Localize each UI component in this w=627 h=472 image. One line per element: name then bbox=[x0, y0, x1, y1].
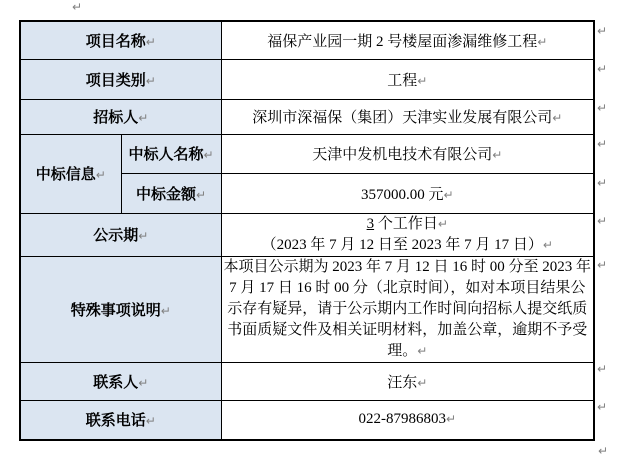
winner-name-label: 中标人名称 bbox=[128, 147, 203, 163]
project-type-value-cell: 工程↵ bbox=[221, 59, 594, 99]
publicity-period-label-cell: 公示期↵ bbox=[20, 213, 221, 256]
publicity-duration-number: 3 bbox=[367, 216, 375, 232]
pilcrow-mark: ↵ bbox=[138, 376, 148, 390]
table-row: 联系人↵ 汪东↵ bbox=[20, 362, 594, 400]
row-end-paragraph-mark: ↵ bbox=[597, 101, 607, 115]
award-amount-value: 357000.00 元 bbox=[361, 187, 444, 203]
pilcrow-mark: ↵ bbox=[417, 376, 427, 390]
pilcrow-mark: ↵ bbox=[161, 304, 171, 318]
winner-name-value-cell: 天津中发机电技术有限公司↵ bbox=[221, 134, 594, 173]
table-row: 招标人↵ 深圳市深福保（集团）天津实业发展有限公司↵ bbox=[20, 99, 594, 134]
paragraph-mark: ↵ bbox=[598, 444, 608, 458]
tenderer-value: 深圳市深福保（集团）天津实业发展有限公司 bbox=[252, 110, 552, 126]
special-notes-label: 特殊事项说明 bbox=[71, 303, 161, 319]
pilcrow-mark: ↵ bbox=[543, 238, 553, 252]
pilcrow-mark: ↵ bbox=[146, 74, 156, 88]
award-amount-value-cell: 357000.00 元↵ bbox=[221, 173, 594, 213]
award-amount-label: 中标金额 bbox=[136, 187, 196, 203]
special-notes-label-cell: 特殊事项说明↵ bbox=[20, 256, 221, 362]
pilcrow-mark: ↵ bbox=[196, 188, 206, 202]
project-name-label-cell: 项目名称↵ bbox=[20, 21, 221, 59]
paragraph-mark: ↵ bbox=[72, 0, 82, 14]
table-row: 中标信息↵ 中标人名称↵ 天津中发机电技术有限公司↵ bbox=[20, 134, 594, 173]
document-page[interactable]: ↵ 项目名称↵ 福保产业园一期 2 号楼屋面渗漏维修工程↵ 项目类别↵ 工程↵ … bbox=[0, 0, 627, 472]
project-type-label-cell: 项目类别↵ bbox=[20, 59, 221, 99]
publicity-period-label: 公示期 bbox=[93, 228, 138, 244]
publicity-duration-text: 个工作日 bbox=[374, 216, 438, 232]
row-end-paragraph-mark: ↵ bbox=[597, 362, 607, 376]
contact-phone-label-cell: 联系电话↵ bbox=[20, 400, 221, 440]
row-end-paragraph-mark: ↵ bbox=[597, 176, 607, 190]
pilcrow-mark: ↵ bbox=[138, 111, 148, 125]
tenderer-label-cell: 招标人↵ bbox=[20, 99, 221, 134]
winner-name-label-cell: 中标人名称↵ bbox=[121, 134, 221, 173]
row-end-paragraph-mark: ↵ bbox=[597, 62, 607, 76]
pilcrow-mark: ↵ bbox=[443, 188, 453, 202]
project-name-value-cell: 福保产业园一期 2 号楼屋面渗漏维修工程↵ bbox=[221, 21, 594, 59]
pilcrow-mark: ↵ bbox=[446, 412, 456, 426]
contact-person-label: 联系人 bbox=[93, 375, 138, 391]
pilcrow-mark: ↵ bbox=[552, 111, 562, 125]
contact-person-label-cell: 联系人↵ bbox=[20, 362, 221, 400]
pilcrow-mark: ↵ bbox=[537, 35, 547, 49]
publicity-date-range: （2023 年 7 月 12 日至 2023 年 7 月 17 日） bbox=[262, 237, 543, 253]
pilcrow-mark: ↵ bbox=[438, 217, 448, 231]
pilcrow-mark: ↵ bbox=[492, 148, 502, 162]
project-type-label: 项目类别 bbox=[86, 73, 146, 89]
row-end-paragraph-mark: ↵ bbox=[597, 214, 607, 228]
pilcrow-mark: ↵ bbox=[146, 414, 156, 428]
table-row: 联系电话↵ 022-87986803↵ bbox=[20, 400, 594, 440]
contact-phone-value: 022-87986803 bbox=[358, 411, 446, 427]
pilcrow-mark: ↵ bbox=[417, 74, 427, 88]
publicity-period-value-cell: 3 个工作日↵ （2023 年 7 月 12 日至 2023 年 7 月 17 … bbox=[221, 213, 594, 256]
award-info-label: 中标信息 bbox=[36, 167, 96, 183]
project-name-value: 福保产业园一期 2 号楼屋面渗漏维修工程 bbox=[267, 34, 537, 50]
special-notes-value-cell: 本项目公示期为 2023 年 7 月 12 日 16 时 00 分至 2023 … bbox=[221, 256, 594, 362]
project-name-label: 项目名称 bbox=[86, 34, 146, 50]
table-row: 项目类别↵ 工程↵ bbox=[20, 59, 594, 99]
pilcrow-mark: ↵ bbox=[138, 229, 148, 243]
project-type-value: 工程 bbox=[387, 73, 417, 89]
bid-award-announcement-table: 项目名称↵ 福保产业园一期 2 号楼屋面渗漏维修工程↵ 项目类别↵ 工程↵ 招标… bbox=[19, 20, 595, 441]
contact-person-value: 汪东 bbox=[387, 375, 417, 391]
row-end-paragraph-mark: ↵ bbox=[597, 24, 607, 38]
special-notes-value: 本项目公示期为 2023 年 7 月 12 日 16 时 00 分至 2023 … bbox=[224, 259, 592, 359]
award-info-label-cell: 中标信息↵ bbox=[20, 134, 121, 213]
row-end-paragraph-mark: ↵ bbox=[597, 258, 607, 272]
table-row: 特殊事项说明↵ 本项目公示期为 2023 年 7 月 12 日 16 时 00 … bbox=[20, 256, 594, 362]
tenderer-label: 招标人 bbox=[93, 110, 138, 126]
row-end-paragraph-mark: ↵ bbox=[597, 400, 607, 414]
contact-person-value-cell: 汪东↵ bbox=[221, 362, 594, 400]
winner-name-value: 天津中发机电技术有限公司 bbox=[312, 147, 492, 163]
table-row: 公示期↵ 3 个工作日↵ （2023 年 7 月 12 日至 2023 年 7 … bbox=[20, 213, 594, 256]
award-amount-label-cell: 中标金额↵ bbox=[121, 173, 221, 213]
pilcrow-mark: ↵ bbox=[203, 148, 213, 162]
tenderer-value-cell: 深圳市深福保（集团）天津实业发展有限公司↵ bbox=[221, 99, 594, 134]
pilcrow-mark: ↵ bbox=[146, 35, 156, 49]
contact-phone-label: 联系电话 bbox=[86, 413, 146, 429]
row-end-paragraph-mark: ↵ bbox=[597, 137, 607, 151]
table-row: 项目名称↵ 福保产业园一期 2 号楼屋面渗漏维修工程↵ bbox=[20, 21, 594, 59]
contact-phone-value-cell: 022-87986803↵ bbox=[221, 400, 594, 440]
pilcrow-mark: ↵ bbox=[417, 344, 427, 358]
pilcrow-mark: ↵ bbox=[96, 168, 106, 182]
